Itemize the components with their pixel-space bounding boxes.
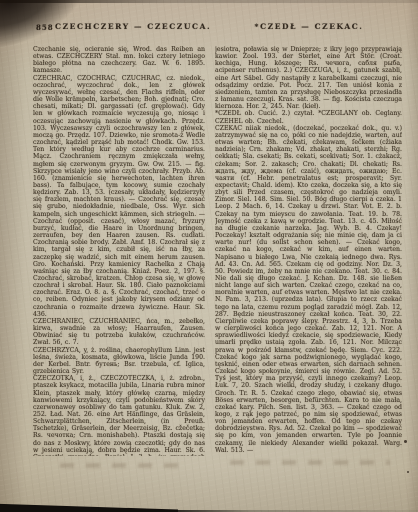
ink-bleedthrough-right [230,460,390,465]
dictionary-entry-czeczotka: CZECZOTKA, i, ż., CZECZOTECZKA, i, ż. zd… [33,375,205,456]
dictionary-entry-czedl: *CZEDŁ ob. Cucić. 2.) czytał. *CZEGLANY … [215,110,402,124]
dictionary-entry-czechanie: Czechanie się, ocieranie się, Wrod. das … [33,46,205,75]
scanned-dictionary-page: 858 CZECHCZERY — CZECZUCA. *CZEDŁ — CZEK… [0,0,418,512]
ink-speck [407,471,409,473]
dictionary-entry-czechrac: CZECHRAC, CZOCHRAC, CZUCHRAC, cz. niedok… [33,75,205,318]
scan-edge-top [0,0,418,3]
dictionary-entry-czechrzyca: CZECHRZYCA, y, ż. roślina, chaerophyllum… [33,347,205,376]
ink-bleedthrough-left [60,463,190,468]
dictionary-entry-czechraniec: CZECHRANIEC, CZUCHRANIEC, ńca, m., zebeł… [33,318,205,347]
ink-speck [404,440,407,443]
page-paper: 858 CZECHCZERY — CZECZUCA. *CZEDŁ — CZEK… [0,0,418,512]
dictionary-entry-czekac: CZEKAC niiak niedok., (doczekać, poczeka… [215,125,402,454]
dictionary-entry-czeczuga-2: jesiotra, poławia się w Dnieprze; z ikry… [215,46,402,110]
running-header-right: *CZEDŁ — CZEKAC. [216,22,402,31]
left-column: Czechanie się, ocieranie się, Wrod. das … [33,46,205,456]
right-column: jesiotra, poławia się w Dnieprze; z ikry… [215,46,402,456]
